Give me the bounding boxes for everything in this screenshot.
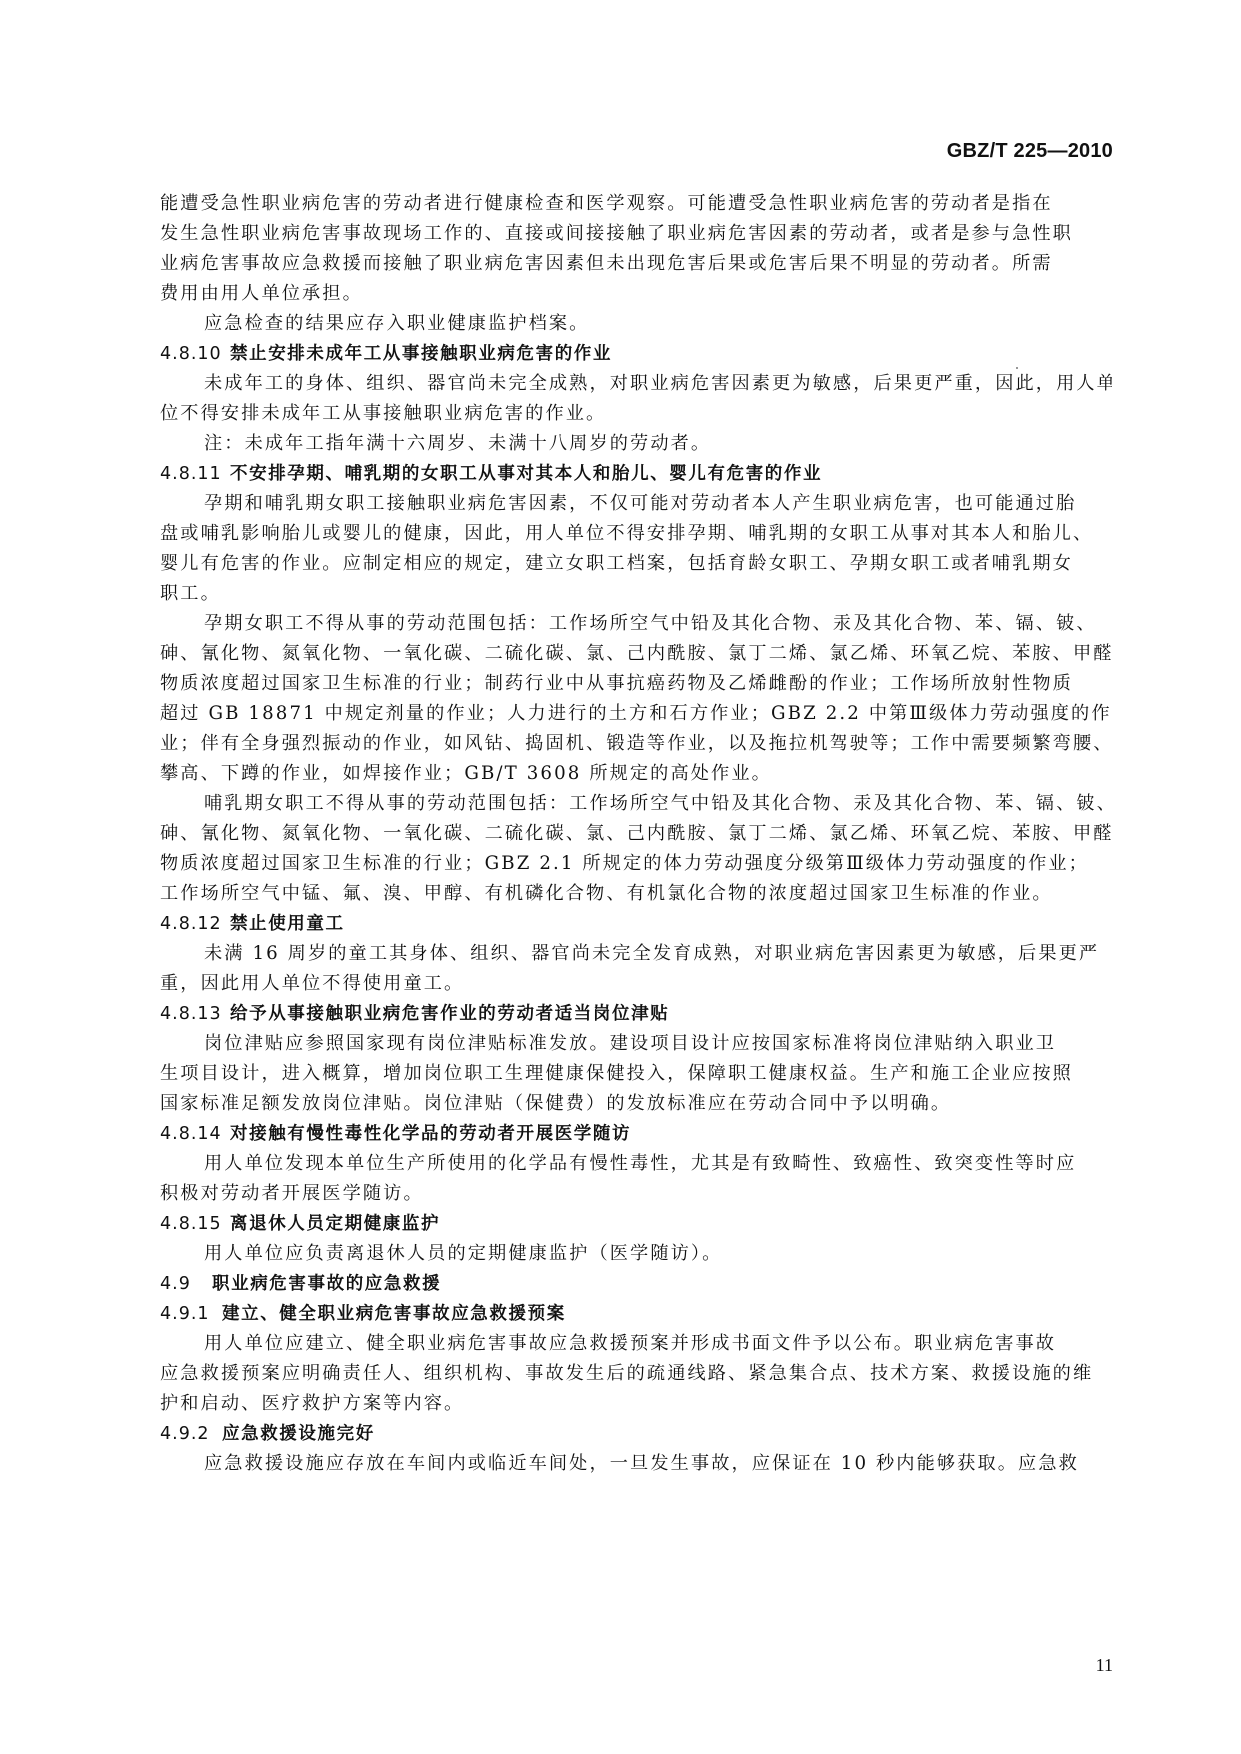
paragraph-line: 应急救援预案应明确责任人、组织机构、事故发生后的疏通线路、紧急集合点、技术方案、… bbox=[160, 1359, 1112, 1389]
paragraph-line: 用人单位应负责离退休人员的定期健康监护（医学随访）。 bbox=[160, 1239, 1112, 1269]
section-heading: 4.8.14对接触有慢性毒性化学品的劳动者开展医学随访 bbox=[160, 1119, 1112, 1149]
paragraph-line: 岗位津贴应参照国家现有岗位津贴标准发放。建设项目设计应按国家标准将岗位津贴纳入职… bbox=[160, 1029, 1112, 1059]
paragraph-line: 重，因此用人单位不得使用童工。 bbox=[160, 969, 1112, 999]
section-number: 4.8.12 bbox=[160, 909, 230, 939]
section-heading: 4.8.15离退休人员定期健康监护 bbox=[160, 1209, 1112, 1239]
paragraph-line: 用人单位应建立、健全职业病危害事故应急救援预案并形成书面文件予以公布。职业病危害… bbox=[160, 1329, 1112, 1359]
section-title: 禁止安排未成年工从事接触职业病危害的作业 bbox=[230, 344, 612, 364]
section-heading: 4.8.11不安排孕期、哺乳期的女职工从事对其本人和胎儿、婴儿有危害的作业 bbox=[160, 459, 1112, 489]
section-title: 不安排孕期、哺乳期的女职工从事对其本人和胎儿、婴儿有危害的作业 bbox=[230, 464, 822, 484]
paragraph-line: 注：未成年工指年满十六周岁、未满十八周岁的劳动者。 bbox=[160, 429, 1112, 459]
paragraph-line: 业病危害事故应急救援而接触了职业病危害因素但未出现危害后果或危害后果不明显的劳动… bbox=[160, 249, 1112, 279]
section-title: 对接触有慢性毒性化学品的劳动者开展医学随访 bbox=[230, 1124, 631, 1144]
section-number: 4.8.11 bbox=[160, 459, 230, 489]
paragraph-line: 攀高、下蹲的作业，如焊接作业；GB/T 3608 所规定的高处作业。 bbox=[160, 759, 1112, 789]
section-title: 禁止使用童工 bbox=[230, 914, 345, 934]
section-heading: 4.8.13给予从事接触职业病危害作业的劳动者适当岗位津贴 bbox=[160, 999, 1112, 1029]
paragraph-line: 哺乳期女职工不得从事的劳动范围包括：工作场所空气中铅及其化合物、汞及其化合物、苯… bbox=[160, 789, 1112, 819]
section-title: 职业病危害事故的应急救援 bbox=[212, 1274, 441, 1294]
paragraph-line: 积极对劳动者开展医学随访。 bbox=[160, 1179, 1112, 1209]
scan-speck bbox=[1016, 367, 1018, 369]
paragraph-line: 砷、氰化物、氮氧化物、一氧化碳、二硫化碳、氯、己内酰胺、氯丁二烯、氯乙烯、环氧乙… bbox=[160, 819, 1112, 849]
document-body: 能遭受急性职业病危害的劳动者进行健康检查和医学观察。可能遭受急性职业病危害的劳动… bbox=[160, 189, 1112, 1479]
paragraph-line: 超过 GB 18871 中规定剂量的作业；人力进行的土方和石方作业；GBZ 2.… bbox=[160, 699, 1112, 729]
paragraph-line: 护和启动、医疗救护方案等内容。 bbox=[160, 1389, 1112, 1419]
paragraph-line: 职工。 bbox=[160, 579, 1112, 609]
standard-code-header: GBZ/T 225—2010 bbox=[947, 140, 1113, 163]
paragraph-line: 发生急性职业病危害事故现场工作的、直接或间接接触了职业病危害因素的劳动者，或者是… bbox=[160, 219, 1112, 249]
paragraph-line: 费用由用人单位承担。 bbox=[160, 279, 1112, 309]
paragraph-line: 物质浓度超过国家卫生标准的行业；GBZ 2.1 所规定的体力劳动强度分级第Ⅲ级体… bbox=[160, 849, 1112, 879]
section-title: 应急救援设施完好 bbox=[222, 1424, 375, 1444]
section-number: 4.9.2 bbox=[160, 1419, 222, 1449]
paragraph-line: 孕期女职工不得从事的劳动范围包括：工作场所空气中铅及其化合物、汞及其化合物、苯、… bbox=[160, 609, 1112, 639]
paragraph-line: 砷、氰化物、氮氧化物、一氧化碳、二硫化碳、氯、己内酰胺、氯丁二烯、氯乙烯、环氧乙… bbox=[160, 639, 1112, 669]
paragraph-line: 应急检查的结果应存入职业健康监护档案。 bbox=[160, 309, 1112, 339]
paragraph-line: 生项目设计，进入概算，增加岗位职工生理健康保健投入，保障职工健康权益。生产和施工… bbox=[160, 1059, 1112, 1089]
paragraph-line: 盘或哺乳影响胎儿或婴儿的健康，因此，用人单位不得安排孕期、哺乳期的女职工从事对其… bbox=[160, 519, 1112, 549]
section-number: 4.8.10 bbox=[160, 339, 230, 369]
page-number: 11 bbox=[1096, 1655, 1113, 1676]
section-title: 离退休人员定期健康监护 bbox=[230, 1214, 440, 1234]
paragraph-line: 物质浓度超过国家卫生标准的行业；制药行业中从事抗癌药物及乙烯雌酚的作业；工作场所… bbox=[160, 669, 1112, 699]
paragraph-line: 用人单位发现本单位生产所使用的化学品有慢性毒性，尤其是有致畸性、致癌性、致突变性… bbox=[160, 1149, 1112, 1179]
paragraph-line: 未成年工的身体、组织、器官尚未完全成熟，对职业病危害因素更为敏感，后果更严重，因… bbox=[160, 369, 1112, 399]
paragraph-line: 婴儿有危害的作业。应制定相应的规定，建立女职工档案，包括育龄女职工、孕期女职工或… bbox=[160, 549, 1112, 579]
paragraph-line: 工作场所空气中锰、氟、溴、甲醇、有机磷化合物、有机氯化合物的浓度超过国家卫生标准… bbox=[160, 879, 1112, 909]
section-heading: 4.9.2应急救援设施完好 bbox=[160, 1419, 1112, 1449]
section-heading: 4.8.10禁止安排未成年工从事接触职业病危害的作业 bbox=[160, 339, 1112, 369]
section-number: 4.9.1 bbox=[160, 1299, 222, 1329]
paragraph-line: 能遭受急性职业病危害的劳动者进行健康检查和医学观察。可能遭受急性职业病危害的劳动… bbox=[160, 189, 1112, 219]
section-number: 4.8.14 bbox=[160, 1119, 230, 1149]
section-number: 4.8.13 bbox=[160, 999, 230, 1029]
paragraph-line: 业；伴有全身强烈振动的作业，如风钻、捣固机、锻造等作业，以及拖拉机驾驶等；工作中… bbox=[160, 729, 1112, 759]
paragraph-line: 国家标准足额发放岗位津贴。岗位津贴（保健费）的发放标准应在劳动合同中予以明确。 bbox=[160, 1089, 1112, 1119]
paragraph-line: 位不得安排未成年工从事接触职业病危害的作业。 bbox=[160, 399, 1112, 429]
section-number: 4.8.15 bbox=[160, 1209, 230, 1239]
section-title: 给予从事接触职业病危害作业的劳动者适当岗位津贴 bbox=[230, 1004, 669, 1024]
paragraph-line: 孕期和哺乳期女职工接触职业病危害因素，不仅可能对劳动者本人产生职业病危害，也可能… bbox=[160, 489, 1112, 519]
section-number: 4.9 bbox=[160, 1269, 212, 1299]
section-heading: 4.9职业病危害事故的应急救援 bbox=[160, 1269, 1112, 1299]
section-heading: 4.9.1建立、健全职业病危害事故应急救援预案 bbox=[160, 1299, 1112, 1329]
paragraph-line: 应急救援设施应存放在车间内或临近车间处，一旦发生事故，应保证在 10 秒内能够获… bbox=[160, 1449, 1112, 1479]
section-title: 建立、健全职业病危害事故应急救援预案 bbox=[222, 1304, 566, 1324]
section-heading: 4.8.12禁止使用童工 bbox=[160, 909, 1112, 939]
paragraph-line: 未满 16 周岁的童工其身体、组织、器官尚未完全发育成熟，对职业病危害因素更为敏… bbox=[160, 939, 1112, 969]
